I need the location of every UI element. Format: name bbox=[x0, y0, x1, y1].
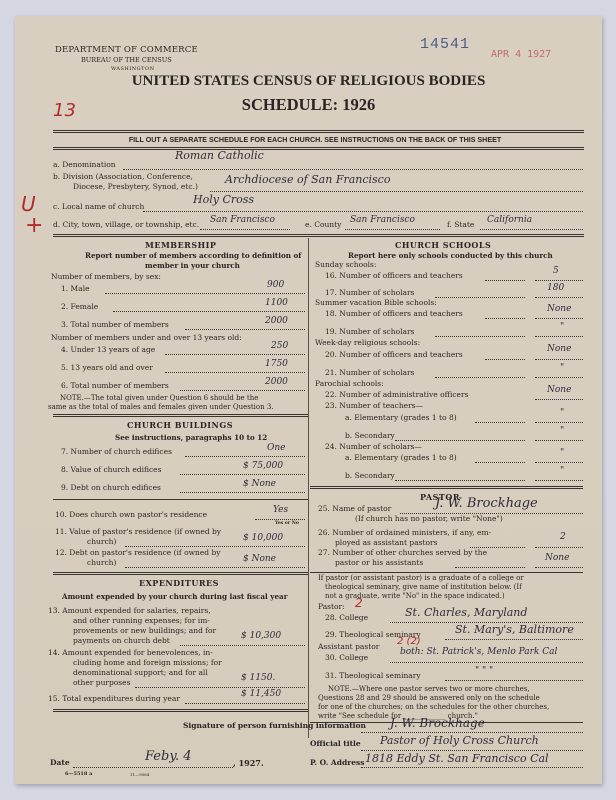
fill-line bbox=[535, 336, 583, 337]
by-age-label: Number of members under and over 13 year… bbox=[51, 333, 242, 342]
graduate-instruction: If pastor (or assistant pastor) is a gra… bbox=[318, 574, 524, 582]
q23b-label: b. Secondary bbox=[345, 431, 395, 440]
fill-line bbox=[480, 229, 583, 230]
fill-line bbox=[125, 567, 305, 568]
q22-field[interactable]: None bbox=[547, 385, 571, 395]
buildings-instruction: See instructions, paragraphs 10 to 12 bbox=[115, 433, 267, 442]
item13-label-2: and other running expenses; for im- bbox=[73, 616, 210, 625]
fill-line bbox=[180, 390, 305, 391]
instruction-banner: FILL OUT A SEPARATE SCHEDULE FOR EACH CH… bbox=[30, 135, 600, 144]
form-number: 6—5518 a bbox=[65, 771, 92, 777]
weekday-schools-label: Week-day religious schools: bbox=[315, 338, 420, 347]
form-title: UNITED STATES CENSUS OF RELIGIOUS BODIES bbox=[15, 73, 602, 90]
buildings-heading: CHURCH BUILDINGS bbox=[127, 420, 233, 430]
fill-line bbox=[395, 480, 525, 481]
bureau-city: WASHINGTON bbox=[111, 66, 154, 72]
schools-instruction: Report here only schools conducted by th… bbox=[348, 251, 553, 260]
q17-label: 17. Number of scholars bbox=[325, 288, 414, 297]
fill-line bbox=[105, 293, 305, 294]
fill-line bbox=[73, 767, 233, 768]
q21-label: 21. Number of scholars bbox=[325, 368, 414, 377]
q31-label: 31. Theological seminary bbox=[325, 671, 421, 680]
fill-line bbox=[535, 480, 583, 481]
address-label: P. O. Address bbox=[310, 758, 364, 767]
state-field[interactable]: California bbox=[487, 215, 532, 225]
over-13-field[interactable]: 1750 bbox=[265, 359, 288, 369]
membership-note: NOTE.—The total given under Question 6 s… bbox=[60, 394, 258, 402]
margin-mark-plus: + bbox=[25, 213, 43, 238]
membership-instruction: Report number of members according to de… bbox=[85, 251, 301, 260]
pastor-college-field[interactable]: St. Charles, Maryland bbox=[405, 606, 527, 619]
pastor-note-2: Questions 28 and 29 should be answered o… bbox=[318, 694, 540, 702]
fill-line bbox=[165, 354, 305, 355]
total-members-2-field[interactable]: 2000 bbox=[265, 377, 288, 387]
division-label-2: Diocese, Presbytery, Synod, etc.) bbox=[73, 182, 198, 191]
expenditures-heading: EXPENDITURES bbox=[139, 578, 219, 588]
pastor-seminary-field[interactable]: St. Mary's, Baltimore bbox=[455, 623, 574, 636]
residence-debt-field[interactable]: $ None bbox=[243, 554, 276, 564]
q25-hint: (If church has no pastor, write "None") bbox=[355, 514, 503, 523]
fill-line bbox=[445, 639, 583, 640]
fill-line bbox=[535, 462, 583, 463]
total-members-field[interactable]: 2000 bbox=[265, 316, 288, 326]
division-field[interactable]: Archdiocese of San Francisco bbox=[225, 173, 390, 186]
q19-label: 19. Number of scholars bbox=[325, 327, 414, 336]
pastor-name-field[interactable]: J. W. Brockhage bbox=[435, 496, 538, 511]
divider bbox=[53, 414, 308, 417]
q24-label: 24. Number of scholars— bbox=[325, 442, 422, 451]
divider bbox=[53, 147, 584, 150]
edifices-value-label: 8. Value of church edifices bbox=[61, 465, 161, 474]
received-date-stamp: APR 4 1927 bbox=[491, 49, 551, 60]
fill-line bbox=[445, 680, 583, 681]
fill-line bbox=[210, 191, 583, 192]
q24b-label: b. Secondary bbox=[345, 471, 395, 480]
item14-label: 14. Amount expended for benevolences, in… bbox=[48, 648, 213, 657]
divider bbox=[53, 709, 308, 712]
fill-line bbox=[180, 474, 305, 475]
q25-label: 25. Name of pastor bbox=[318, 504, 391, 513]
department-name: DEPARTMENT OF COMMERCE bbox=[55, 45, 198, 55]
fill-line bbox=[185, 329, 305, 330]
date-year: , 1927. bbox=[233, 758, 264, 768]
under-13-field[interactable]: 250 bbox=[271, 341, 288, 351]
divider bbox=[53, 234, 584, 237]
church-name-field[interactable]: Holy Cross bbox=[193, 193, 254, 206]
q22-label: 22. Number of administrative officers bbox=[325, 390, 468, 399]
denomination-label: a. Denomination bbox=[53, 160, 116, 169]
q23a-label: a. Elementary (grades 1 to 8) bbox=[345, 413, 457, 422]
residence-debt-label: 12. Debt on pastor's residence (if owned… bbox=[55, 548, 221, 557]
under-13-label: 4. Under 13 years of age bbox=[61, 345, 155, 354]
item14-label-2: cluding home and foreign missions; for bbox=[73, 658, 222, 667]
item13-label-4: payments on church debt bbox=[73, 636, 170, 645]
division-label: b. Division (Association, Conference, bbox=[53, 172, 193, 181]
sunday-schools-label: Sunday schools: bbox=[315, 260, 376, 269]
city-field[interactable]: San Francisco bbox=[210, 215, 275, 225]
date-label: Date bbox=[50, 758, 70, 767]
fill-line bbox=[535, 280, 583, 281]
q24a-field[interactable]: " bbox=[560, 448, 564, 458]
female-label: 2. Female bbox=[61, 302, 98, 311]
q28-label: 28. College bbox=[325, 613, 368, 622]
fill-line bbox=[485, 318, 525, 319]
county-field[interactable]: San Francisco bbox=[350, 215, 415, 225]
female-field[interactable]: 1100 bbox=[265, 298, 288, 308]
divider bbox=[310, 572, 583, 573]
fill-line bbox=[123, 169, 583, 170]
q23-label: 23. Number of teachers— bbox=[325, 401, 423, 410]
fill-line bbox=[475, 462, 525, 463]
column-divider bbox=[308, 238, 309, 738]
date-field[interactable]: Feby. 4 bbox=[145, 749, 191, 764]
assistant-red-mark: 2 (2) bbox=[397, 636, 421, 647]
assistant-pastor-label: Assistant pastor bbox=[318, 642, 379, 651]
fill-line bbox=[435, 377, 525, 378]
edifices-value-field[interactable]: $ 75,000 bbox=[243, 461, 283, 471]
divider bbox=[53, 499, 308, 500]
q24b-field[interactable]: " bbox=[560, 466, 564, 476]
fill-line bbox=[535, 422, 583, 423]
item15-field[interactable]: $ 11,450 bbox=[241, 689, 281, 699]
address-field[interactable]: 1818 Eddy St. San Francisco Cal bbox=[365, 752, 549, 765]
assistant-seminary-field[interactable]: " " " bbox=[475, 666, 493, 676]
item13-label: 13. Amount expended for salaries, repair… bbox=[48, 606, 211, 615]
fill-line bbox=[361, 732, 583, 733]
item14-label-4: other purposes bbox=[73, 678, 130, 687]
over-13-label: 5. 13 years old and over bbox=[61, 363, 153, 372]
pastor-note-3: for one of the churches; on the schedule… bbox=[318, 703, 549, 711]
q27-field[interactable]: None bbox=[545, 553, 569, 563]
bureau-name: BUREAU OF THE CENSUS bbox=[81, 56, 172, 64]
fill-line bbox=[345, 229, 440, 230]
pastor-education-label: Pastor: bbox=[318, 602, 345, 611]
q24a-label: a. Elementary (grades 1 to 8) bbox=[345, 453, 457, 462]
q26-field[interactable]: 2 bbox=[560, 532, 566, 542]
assistant-college-field[interactable]: both: St. Patrick's, Menlo Park Cal bbox=[400, 647, 557, 657]
graduate-instruction-2: theological seminary, give name of insti… bbox=[325, 583, 522, 591]
item14-label-3: denominational support; and for all bbox=[73, 668, 208, 677]
residence-value-label-2: church) bbox=[87, 537, 116, 546]
expenditures-instruction: Amount expended by your church during la… bbox=[62, 592, 287, 601]
fill-line bbox=[475, 422, 525, 423]
fill-line bbox=[185, 703, 305, 704]
county-label: e. County bbox=[305, 220, 341, 229]
fill-line bbox=[180, 492, 305, 493]
edifices-debt-field[interactable]: $ None bbox=[243, 479, 276, 489]
q16-label: 16. Number of officers and teachers bbox=[325, 271, 463, 280]
official-title-field[interactable]: Pastor of Holy Cross Church bbox=[380, 734, 539, 747]
residence-value-field[interactable]: $ 10,000 bbox=[243, 533, 283, 543]
q16-field[interactable]: 5 bbox=[553, 266, 559, 276]
serial-number: 14541 bbox=[420, 36, 470, 53]
divider bbox=[310, 486, 583, 489]
fill-line bbox=[535, 318, 583, 319]
q20-field[interactable]: None bbox=[547, 344, 571, 354]
pastor-red-mark: 2 bbox=[355, 596, 363, 610]
q26-label-2: ployed as assistant pastors bbox=[335, 538, 438, 547]
q18-field[interactable]: None bbox=[547, 304, 571, 314]
edifices-debt-label: 9. Debt on church edifices bbox=[61, 483, 161, 492]
divider bbox=[53, 130, 584, 133]
fill-line bbox=[435, 336, 525, 337]
item13-label-3: provements or new buildings; and for bbox=[73, 626, 216, 635]
schedule-title: SCHEDULE: 1926 bbox=[15, 95, 602, 115]
q27-label-2: pastor or his assistants bbox=[335, 558, 423, 567]
item14-field[interactable]: $ 1150. bbox=[241, 673, 275, 683]
fill-line bbox=[535, 547, 583, 548]
fill-line bbox=[200, 229, 290, 230]
membership-heading: MEMBERSHIP bbox=[145, 240, 216, 250]
fill-line bbox=[255, 519, 305, 520]
city-label: d. City, town, village, or township, etc… bbox=[53, 220, 199, 229]
signature-field[interactable]: J. W. Brockhage bbox=[390, 716, 485, 730]
summer-schools-label: Summer vacation Bible schools: bbox=[315, 298, 437, 307]
church-name-label: c. Local name of church bbox=[53, 202, 144, 211]
fill-line bbox=[435, 297, 525, 298]
residence-owned-label: 10. Does church own pastor's residence bbox=[55, 510, 207, 519]
fill-line bbox=[185, 456, 305, 457]
fill-line bbox=[535, 399, 583, 400]
census-form-sheet: DEPARTMENT OF COMMERCE BUREAU OF THE CEN… bbox=[15, 16, 602, 784]
fill-line bbox=[535, 359, 583, 360]
membership-note-2: same as the total of males and females g… bbox=[48, 403, 274, 411]
fill-line bbox=[361, 767, 583, 768]
item13-field[interactable]: $ 10,300 bbox=[241, 631, 281, 641]
fill-line bbox=[180, 645, 305, 646]
q30-label: 30. College bbox=[325, 653, 368, 662]
pastor-note: NOTE.—Where one pastor serves two or mor… bbox=[328, 685, 530, 693]
q23b-field[interactable]: " bbox=[560, 426, 564, 436]
schools-heading: CHURCH SCHOOLS bbox=[395, 240, 491, 250]
fill-line bbox=[535, 440, 583, 441]
fill-line bbox=[361, 750, 583, 751]
fill-line bbox=[143, 211, 583, 212]
edifices-count-field[interactable]: One bbox=[267, 443, 286, 453]
fill-line bbox=[535, 297, 583, 298]
by-sex-label: Number of members, by sex: bbox=[51, 272, 161, 281]
residence-owned-field[interactable]: Yes bbox=[273, 505, 288, 515]
fill-line bbox=[395, 440, 525, 441]
fill-line bbox=[535, 377, 583, 378]
fill-line bbox=[485, 359, 525, 360]
fill-line bbox=[165, 372, 305, 373]
q23a-field[interactable]: " bbox=[560, 408, 564, 418]
signature-label: Signature of person furnishing informati… bbox=[183, 721, 366, 730]
yes-no-hint: Yes or No bbox=[275, 521, 299, 526]
divider bbox=[53, 572, 308, 575]
fill-line bbox=[125, 546, 305, 547]
graduate-instruction-3: not a graduate, write "No" in the space … bbox=[325, 592, 505, 600]
male-field[interactable]: 900 bbox=[267, 280, 284, 290]
fill-line bbox=[390, 662, 583, 663]
q17-field[interactable]: 180 bbox=[547, 283, 564, 293]
official-title-label: Official title bbox=[310, 739, 361, 748]
print-number: 11—9084 bbox=[130, 772, 149, 777]
q26-label: 26. Number of ordained ministers, if any… bbox=[318, 528, 491, 537]
q21-field[interactable]: " bbox=[560, 363, 564, 373]
q20-label: 20. Number of officers and teachers bbox=[325, 350, 463, 359]
state-label: f. State bbox=[447, 220, 474, 229]
item15-label: 15. Total expenditures during year bbox=[48, 694, 180, 703]
residence-value-label: 11. Value of pastor's residence (if owne… bbox=[55, 527, 221, 536]
total-members-2-label: 6. Total number of members bbox=[61, 381, 169, 390]
q27-label: 27. Number of other churches served by t… bbox=[318, 548, 487, 557]
fill-line bbox=[455, 567, 525, 568]
denomination-field[interactable]: Roman Catholic bbox=[175, 149, 264, 162]
parochial-schools-label: Parochial schools: bbox=[315, 379, 384, 388]
fill-line bbox=[535, 567, 583, 568]
margin-mark-13: 13 bbox=[53, 100, 76, 121]
male-label: 1. Male bbox=[61, 284, 90, 293]
edifices-count-label: 7. Number of church edifices bbox=[61, 447, 172, 456]
q19-field[interactable]: " bbox=[560, 322, 564, 332]
total-members-label: 3. Total number of members bbox=[61, 320, 169, 329]
fill-line bbox=[113, 311, 305, 312]
membership-instruction-2: member in your church bbox=[145, 261, 240, 270]
fill-line bbox=[485, 280, 525, 281]
q18-label: 18. Number of officers and teachers bbox=[325, 309, 463, 318]
fill-line bbox=[135, 687, 305, 688]
residence-debt-label-2: church) bbox=[87, 558, 116, 567]
